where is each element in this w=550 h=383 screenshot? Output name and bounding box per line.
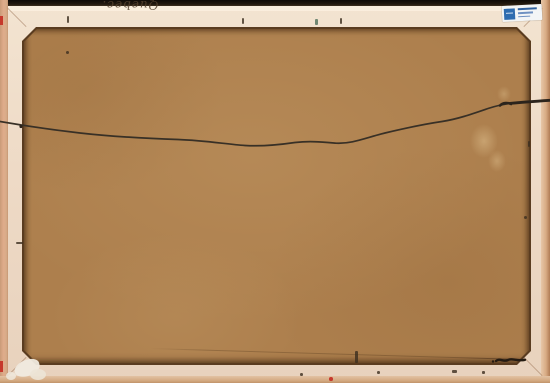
gallery-label — [502, 4, 543, 22]
framed-artwork-verso-photo: Quebec. — [0, 0, 550, 383]
logo-glyph — [506, 12, 513, 14]
label-text-line — [518, 11, 533, 13]
gallery-label-logo-icon — [504, 8, 516, 20]
hanging-wire — [0, 0, 550, 383]
label-text-line — [518, 15, 530, 17]
dark-scuff-mark — [496, 359, 525, 361]
handwritten-inscription: Quebec. — [88, 0, 172, 15]
label-text-line — [518, 7, 537, 9]
